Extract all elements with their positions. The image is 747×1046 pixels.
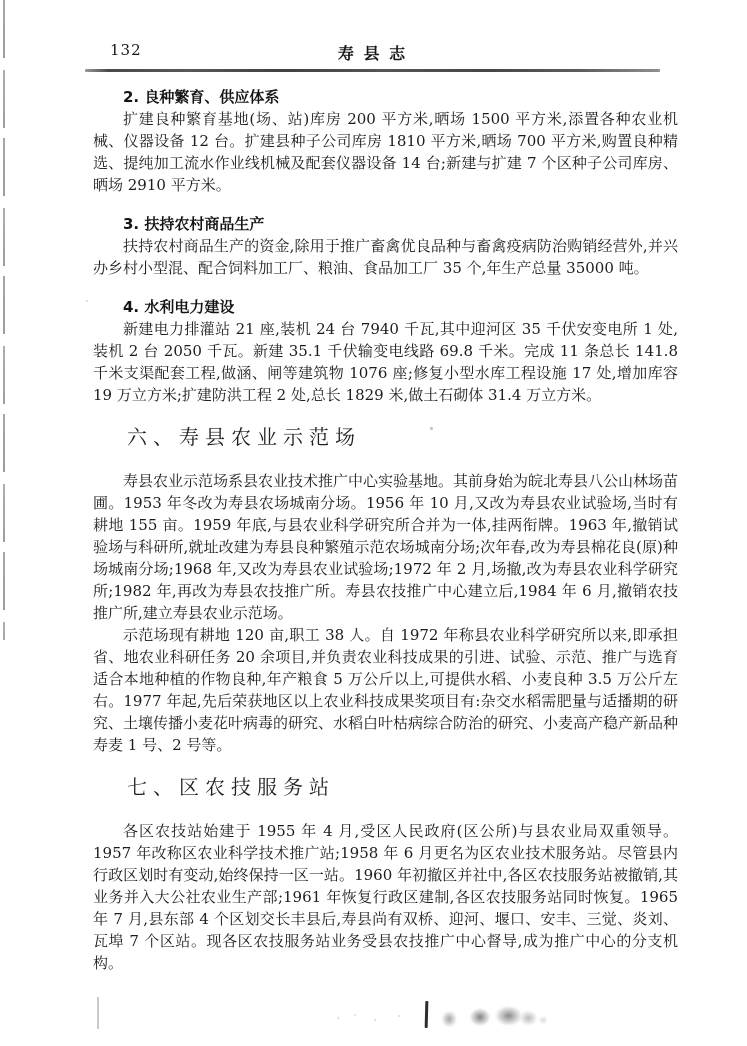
paragraph: 各区农技站始建于 1955 年 4 月,受区人民政府(区公所)与县农业局双重领导…: [93, 820, 678, 974]
scan-artifact-speck: [86, 300, 88, 302]
paragraph: 寿县农业示范场系县农业技术推广中心实验基地。其前身始为皖北寿县八公山林场苗圃。1…: [93, 470, 678, 624]
page-header: 132 寿 县 志: [85, 41, 660, 65]
paragraph: 扩建良种繁育基地(场、站)库房 200 平方米,晒场 1500 平方米,添置各种…: [93, 108, 678, 196]
paragraph: 新建电力排灌站 21 座,装机 24 台 7940 千瓦,其中迎河区 35 千伏…: [93, 318, 678, 406]
scan-artifact-bottom-left-line: [97, 997, 99, 1029]
paragraph: 扶持农村商品生产的资金,除用于推广畜禽优良品种与畜禽疫病防治购销经营外,并兴办乡…: [93, 235, 678, 279]
scan-artifact-bottom-dots: [333, 1007, 425, 1027]
page-content: 2. 良种繁育、供应体系扩建良种繁育基地(场、站)库房 200 平方米,晒场 1…: [93, 86, 678, 974]
header-rule: [85, 69, 660, 72]
paragraph: 示范场现有耕地 120 亩,职工 38 人。自 1972 年称县农业科学研究所以…: [93, 624, 678, 756]
scan-artifact-left-edge-line: [3, 0, 5, 640]
scan-artifact-bottom-tick: [425, 1001, 429, 1028]
scanned-book-page: 132 寿 县 志 2. 良种繁育、供应体系扩建良种繁育基地(场、站)库房 20…: [0, 0, 747, 1046]
chapter-heading: 七、区农技服务站: [93, 774, 678, 800]
section-heading: 4. 水利电力建设: [93, 296, 678, 318]
book-title: 寿 县 志: [85, 41, 660, 64]
chapter-heading: 六、寿县农业示范场: [93, 424, 678, 450]
section-heading: 2. 良种繁育、供应体系: [93, 86, 678, 108]
scan-artifact-bottom-smudge: [436, 1001, 546, 1032]
section-heading: 3. 扶持农村商品生产: [93, 213, 678, 235]
